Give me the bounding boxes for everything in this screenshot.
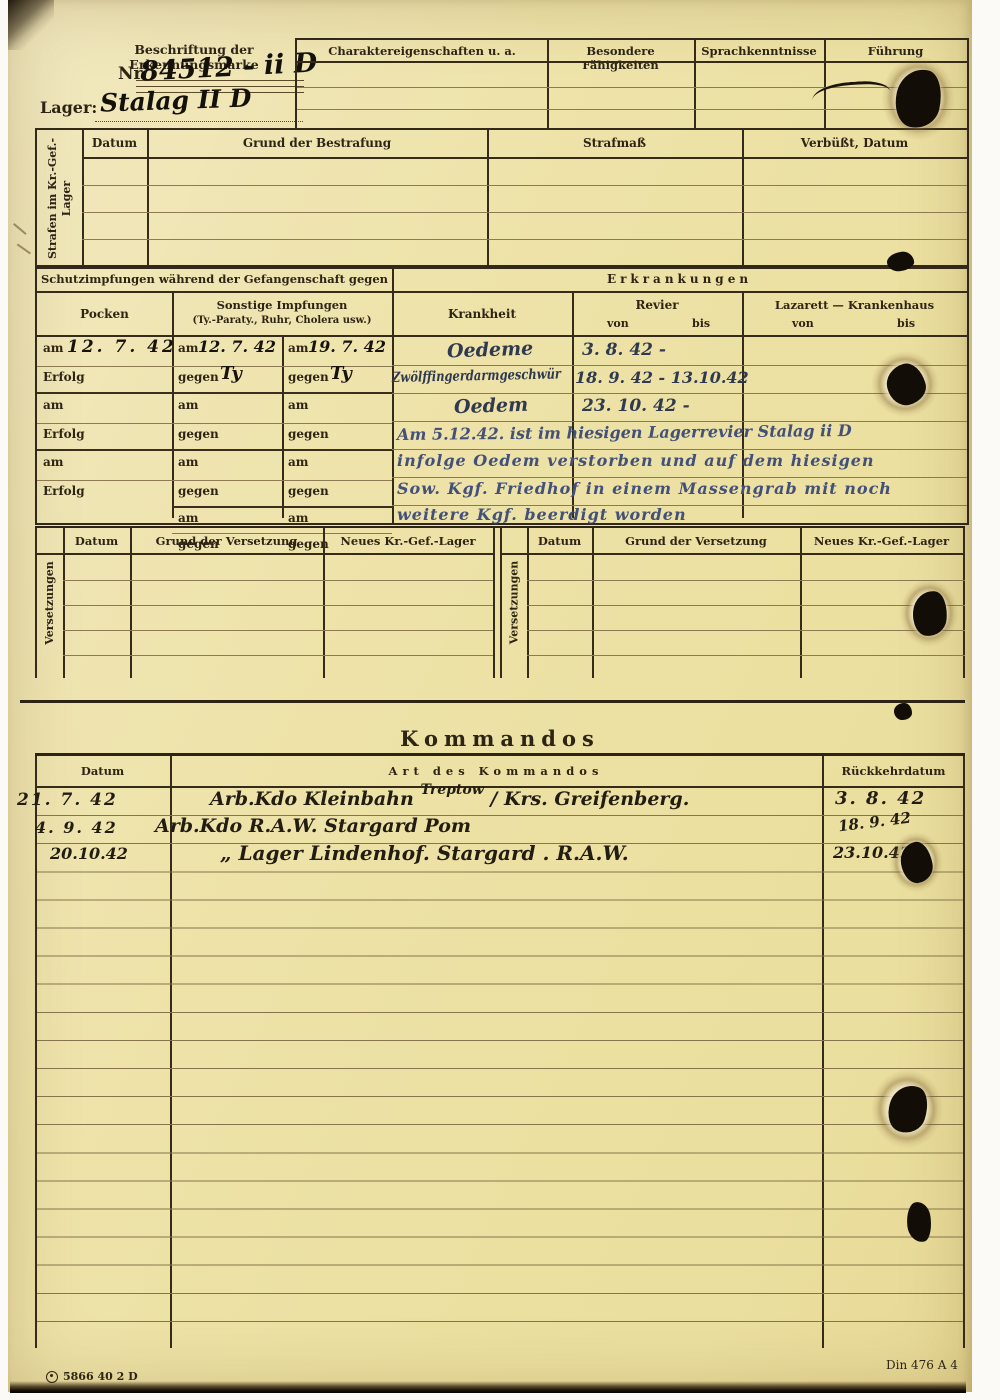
table-row: Erfolg xyxy=(37,367,172,394)
death-note-line: Am 5.12.42. ist im hiesigen Lagerrevier … xyxy=(397,423,852,443)
table-row: gegen xyxy=(172,481,282,508)
kommandos-col-header: Datum xyxy=(35,764,170,778)
transfers-col-header: Grund der Versetzung xyxy=(130,534,323,548)
pow-record-card-page: Beschriftung der Erkennungsmarke Nr. 845… xyxy=(0,0,1000,1400)
kommando-description-part: Arb.Kdo Kleinbahn xyxy=(210,788,414,810)
table-row: am xyxy=(282,394,392,424)
lazarett-von-label: von xyxy=(792,317,814,330)
lager-value-handwritten: Stalag II D xyxy=(100,85,252,115)
table-row: gegen xyxy=(172,424,282,451)
row-line xyxy=(392,477,967,478)
row-line xyxy=(82,185,967,186)
vaccinations-title: Schutzimpfungen während der Gefangenscha… xyxy=(37,272,392,286)
sonstige2-date-handwritten: 19. 7. 42 xyxy=(308,339,386,355)
am-label: am xyxy=(288,455,308,469)
table-row: gegen xyxy=(282,424,392,451)
lager-dotted-line xyxy=(95,121,303,122)
kommando-date-handwritten: 4. 9. 42 xyxy=(35,820,118,836)
strafen-col-header: Grund der Bestrafung xyxy=(147,136,487,150)
kommando-date-handwritten: 21. 7. 42 xyxy=(17,792,118,809)
row-line xyxy=(63,605,493,606)
row-line xyxy=(82,212,967,213)
lazarett-header: Lazarett — Krankenhaus xyxy=(742,298,967,312)
am-label: am xyxy=(288,341,308,355)
pocken-date-handwritten: 12. 7. 42 xyxy=(67,339,177,356)
erfolg-label: Erfolg xyxy=(43,484,85,498)
illness-revier-dates-handwritten: 3. 8. 42 - xyxy=(582,342,666,359)
revier-bis-label: bis xyxy=(692,317,710,330)
am-label: am xyxy=(178,398,198,412)
kommando-description-part: „ Lager Lindenhof. Stargard . R.A.W. xyxy=(220,841,629,865)
table-row: am 12. 7. 42 xyxy=(37,337,172,367)
sonstige-header-line1: Sonstige Impfungen xyxy=(217,298,348,312)
am-label: am xyxy=(288,511,308,525)
transfers-section: Versetzungen Versetzungen Datum Grund de… xyxy=(35,526,965,678)
transfers-side-label: Versetzungen xyxy=(35,528,63,678)
row-line xyxy=(527,655,965,656)
strafen-col-header: Datum xyxy=(82,136,147,150)
row-line xyxy=(527,580,965,581)
transfers-side-label: Versetzungen xyxy=(501,528,528,678)
death-note-line: infolge Oedem verstorben und auf dem hie… xyxy=(397,453,875,469)
am-label: am xyxy=(178,341,198,355)
revier-von-label: von xyxy=(607,317,629,330)
section-divider-line xyxy=(20,700,965,703)
page-bottom-edge-shadow xyxy=(10,1381,966,1393)
table-row: gegen Ty xyxy=(282,367,392,394)
transfers-col-header: Grund der Versetzung xyxy=(592,534,800,548)
am-label: am xyxy=(43,341,63,355)
gegen-label: gegen xyxy=(178,427,219,441)
kommando-description-handwritten: Arb.Kdo Kleinbahn Treptow / Krs. Greifen… xyxy=(210,790,689,809)
row-line xyxy=(392,449,967,450)
table-row: gegen xyxy=(282,481,392,508)
traits-col-header: Charaktereigenschaften u. a. xyxy=(297,44,547,58)
table-row: am xyxy=(172,451,282,481)
column-divider xyxy=(82,130,84,267)
kommando-description-part: Arb.Kdo R.A.W. Stargard Pom xyxy=(155,815,471,837)
punch-hole xyxy=(894,836,938,888)
header-underline xyxy=(82,157,967,159)
gegen-label: gegen xyxy=(178,370,219,384)
traits-col-header: Sprachkenntnisse xyxy=(694,44,824,58)
sonstige1-against-handwritten: Ty xyxy=(220,365,242,383)
sonstige-column-1: am 12. 7. 42 gegen Ty am gegen am gegen … xyxy=(172,337,282,518)
illness-name-handwritten: Oedeme xyxy=(447,340,534,362)
erfolg-label: Erfolg xyxy=(43,370,85,384)
burn-hole xyxy=(878,358,932,410)
sonstige-header: Sonstige Impfungen (Ty.-Paraty., Ruhr, C… xyxy=(172,298,392,326)
ink-blot-blob xyxy=(885,251,914,274)
row-line xyxy=(297,109,967,110)
punch-hole xyxy=(903,1198,935,1246)
half-divider xyxy=(493,528,495,678)
am-label: am xyxy=(43,398,63,412)
ink-blot-blob xyxy=(894,703,912,720)
header-underline xyxy=(297,61,967,63)
pocken-rows: am 12. 7. 42 Erfolg am Erfolg am Erfolg xyxy=(37,337,172,518)
page-corner-shadow xyxy=(8,0,54,50)
am-label: am xyxy=(178,455,198,469)
transfers-side-label-box: Versetzungen xyxy=(500,528,527,678)
illness-revier-dates-handwritten: 23. 10. 42 - xyxy=(582,398,690,415)
ink-blot xyxy=(893,702,913,721)
table-row: am xyxy=(37,451,172,481)
revier-header: Revier xyxy=(572,298,742,312)
row-line xyxy=(527,630,965,631)
transfers-col-header: Neues Kr.-Gef.-Lager xyxy=(323,534,493,548)
am-label: am xyxy=(288,398,308,412)
kommando-return-date-handwritten: 3. 8. 42 xyxy=(835,790,926,808)
row-line xyxy=(63,655,493,656)
table-row: Erfolg xyxy=(37,424,172,451)
punishments-side-label-box: Strafen im Kr.-Gef.-Lager xyxy=(37,130,82,267)
transfers-side-label-box: Versetzungen xyxy=(35,528,63,678)
table-row: gegen Ty xyxy=(172,367,282,394)
traits-col-header: Besondere Fähigkeiten xyxy=(547,44,694,72)
kommando-description-insert: Treptow xyxy=(420,782,483,798)
pocken-header: Pocken xyxy=(37,307,172,321)
illness-revier-dates-handwritten: 18. 9. 42 - 13.10.42 xyxy=(575,370,749,386)
kommando-return-date-handwritten: 18. 9. 42 xyxy=(837,811,911,835)
sonstige-column-2: am 19. 7. 42 gegen Ty am gegen am gegen … xyxy=(282,337,392,518)
kommando-description-part: / Krs. Greifenberg. xyxy=(490,788,689,810)
header-underline xyxy=(500,553,965,555)
row-line xyxy=(63,630,493,631)
sonstige-header-line2: (Ty.-Paraty., Ruhr, Cholera usw.) xyxy=(193,315,372,326)
am-label: am xyxy=(178,511,198,525)
death-note-line: Sow. Kgf. Friedhof in einem Massengrab m… xyxy=(397,481,892,497)
column-divider xyxy=(487,130,489,267)
column-divider xyxy=(742,130,744,267)
punishments-table: Strafen im Kr.-Gef.-Lager Datum Grund de… xyxy=(35,128,969,269)
header-underline xyxy=(35,553,493,555)
kommandos-col-header: Art des Kommandos xyxy=(170,764,822,778)
vaccinations-illnesses-section: Schutzimpfungen während der Gefangenscha… xyxy=(35,265,969,525)
sonstige2-against-handwritten: Ty xyxy=(330,365,352,383)
band-divider xyxy=(37,291,967,293)
transfers-col-header: Datum xyxy=(63,534,130,548)
kommandos-handwritten-rows: 21. 7. 42 Arb.Kdo Kleinbahn Treptow / Kr… xyxy=(35,788,965,908)
kommandos-title: Kommandos xyxy=(35,726,965,751)
din-format-code: Din 476 A 4 xyxy=(886,1358,958,1372)
kommando-date-handwritten: 20.10.42 xyxy=(50,846,128,862)
kommandos-table: Datum Art des Kommandos Rückkehrdatum 21… xyxy=(35,753,965,1348)
sonstige1-date-handwritten: 12. 7. 42 xyxy=(198,339,276,355)
gegen-label: gegen xyxy=(288,370,329,384)
ink-blot xyxy=(884,251,916,273)
gegen-label: gegen xyxy=(288,427,329,441)
table-row: am xyxy=(172,394,282,424)
punch-hole xyxy=(880,1078,934,1140)
traits-col-header: Führung xyxy=(824,44,967,58)
punch-hole-blob xyxy=(905,1201,933,1244)
illness-name-handwritten: Zwölffingerdarmgeschwür xyxy=(392,367,561,385)
lazarett-bis-label: bis xyxy=(897,317,915,330)
kommando-description-handwritten: „ Lager Lindenhof. Stargard . R.A.W. xyxy=(220,843,629,863)
lager-label: Lager: xyxy=(40,98,97,117)
transfers-col-header: Neues Kr.-Gef.-Lager xyxy=(800,534,963,548)
kommando-description-handwritten: Arb.Kdo R.A.W. Stargard Pom xyxy=(155,817,471,836)
illnesses-title: Erkrankungen xyxy=(392,272,967,286)
burn-hole xyxy=(886,60,950,136)
erfolg-label: Erfolg xyxy=(43,427,85,441)
column-divider xyxy=(147,130,149,267)
punishments-side-label: Strafen im Kr.-Gef.-Lager xyxy=(37,130,82,267)
punch-hole xyxy=(905,584,953,642)
table-row: am xyxy=(37,394,172,424)
gegen-label: gegen xyxy=(178,484,219,498)
am-label: am xyxy=(43,455,63,469)
table-row: am xyxy=(282,451,392,481)
strafen-col-header: Strafmaß xyxy=(487,136,742,150)
death-note-line: weitere Kgf. beerdigt worden xyxy=(397,507,687,523)
illness-name-handwritten: Oedem xyxy=(454,396,529,418)
gegen-label: gegen xyxy=(288,484,329,498)
kommandos-col-header: Rückkehrdatum xyxy=(822,764,965,778)
row-line xyxy=(63,580,493,581)
transfers-col-header: Datum xyxy=(527,534,592,548)
row-line xyxy=(82,239,967,240)
krankheit-header: Krankheit xyxy=(392,307,572,321)
